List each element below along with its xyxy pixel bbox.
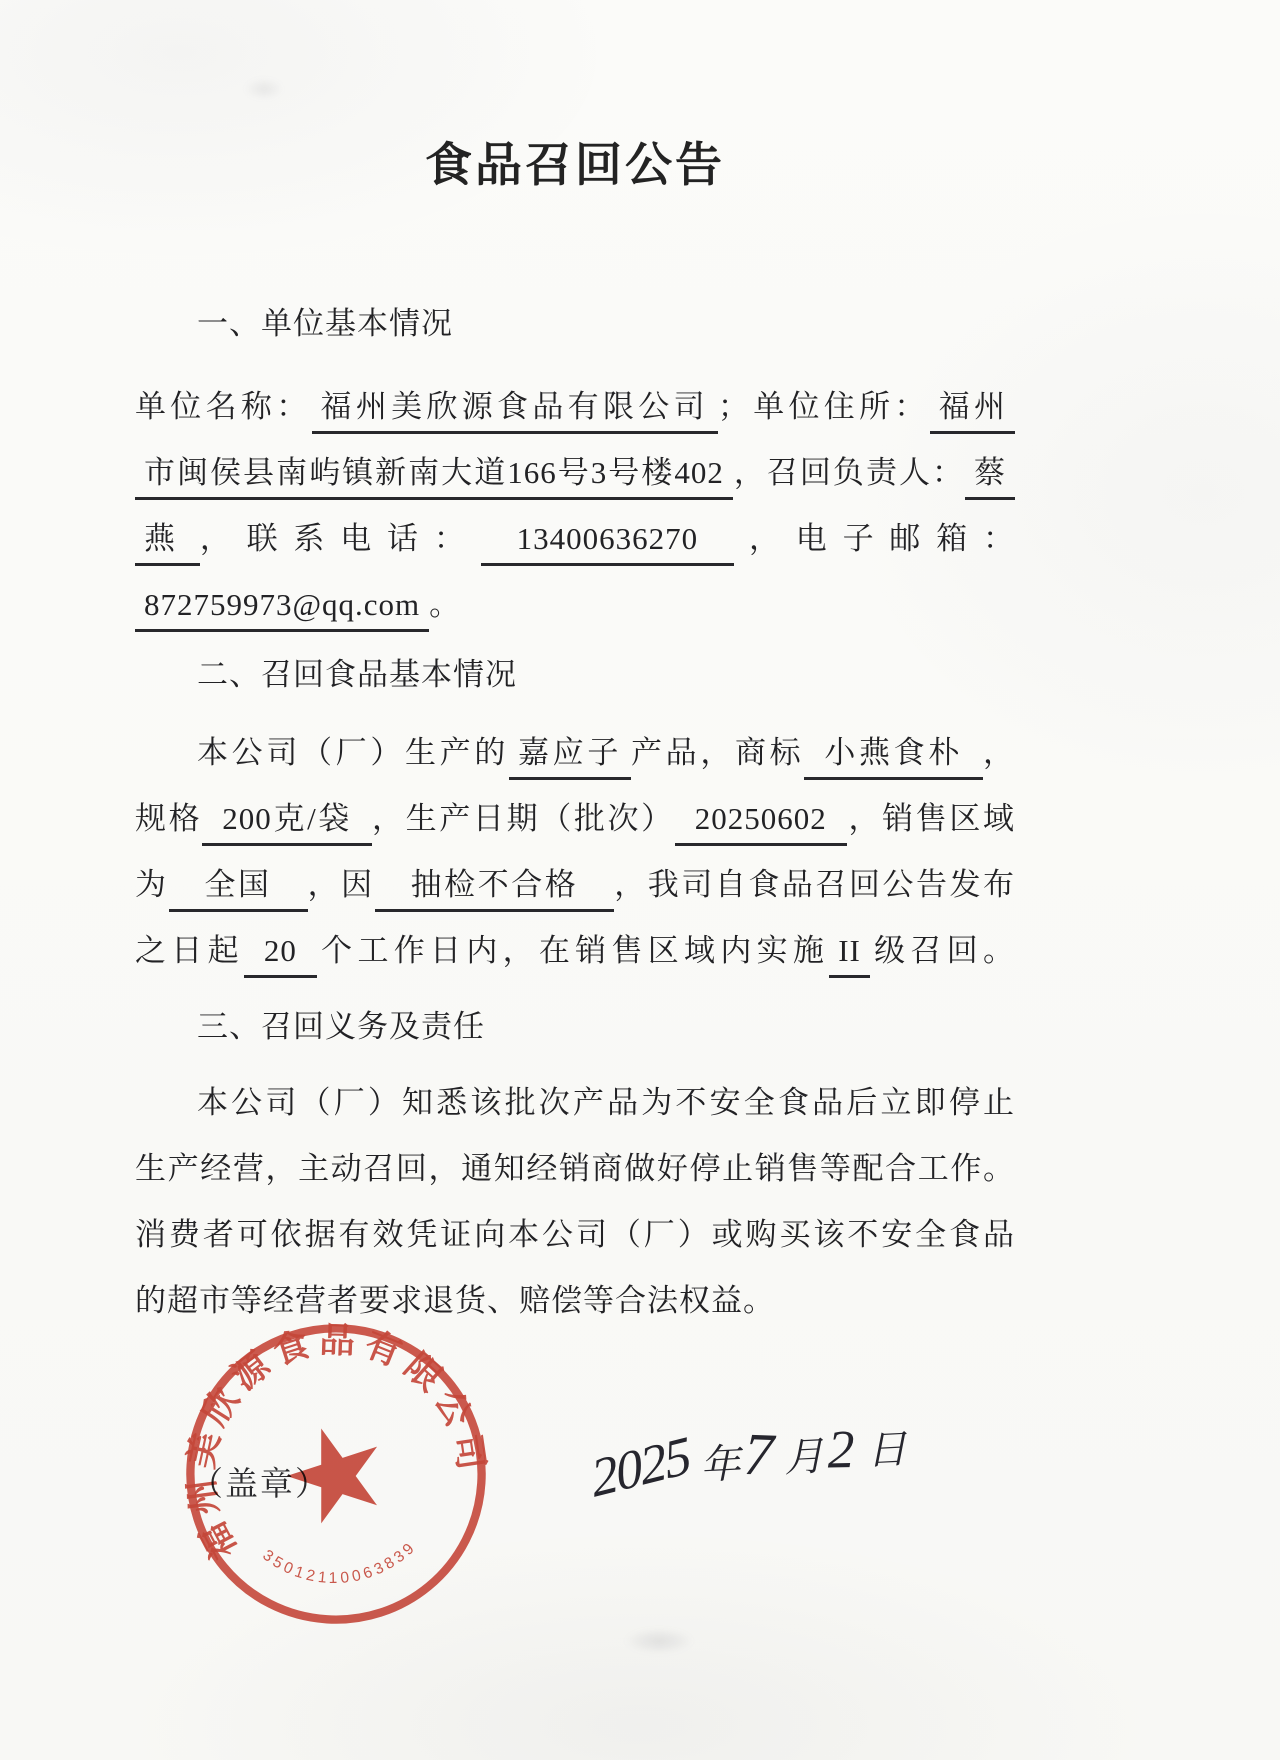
section2-line2: 规格200克/袋，生产日期（批次）20250602，销售区域 [135,786,1015,852]
value-phone: 13400636270 [481,521,735,566]
value-product-name: 嘉应子 [509,735,631,780]
scan-artifact [244,78,284,100]
date-day-label: 日 [865,1417,908,1476]
value-company-address-part1: 福州 [930,389,1015,434]
document-title: 食品召回公告 [135,135,1015,197]
label-recall-manager: ，召回负责人： [733,455,965,490]
date-year-label: 年 [699,1432,742,1491]
section3-line2: 生产经营，主动召回，通知经销商做好停止销售等配合工作。 [135,1136,1015,1202]
email-period: 。 [429,587,461,622]
label-phone: ，联系电话： [200,521,481,556]
label-region-prefix: 为 [135,867,169,902]
section1-line2: 市闽侯县南屿镇新南大道166号3号楼402，召回负责人：蔡 [135,440,1015,506]
svg-text:35012110063839: 35012110063839 [256,1503,424,1612]
section2-line4: 之日起20个工作日内，在销售区域内实施II级召回。 [135,918,1015,984]
comma-after-trademark: ， [983,735,1015,770]
value-batch: 20250602 [675,801,847,846]
date-year: 2025 [587,1424,693,1510]
section1-line1: 单位名称：福州美欣源食品有限公司；单位住所：福州 [135,374,1015,440]
text-from-date: 之日起 [135,933,244,968]
value-recall-manager-part1: 蔡 [965,455,1015,500]
value-recall-reason: 抽检不合格 [375,867,615,912]
section1-line3: 燕，联系电话：13400636270，电子邮箱： [135,506,1015,572]
section3-line3: 消费者可依据有效凭证向本公司（厂）或购买该不安全食品 [135,1202,1015,1268]
date-day: 2 [827,1418,855,1480]
value-recall-manager-part2: 燕 [135,521,200,566]
value-recall-level: II [829,933,870,978]
value-spec: 200克/袋 [202,801,372,846]
value-sales-region: 全国 [169,867,308,912]
text-announcement: ，我司自食品召回公告发布 [614,867,1015,902]
company-seal-stamp: 福州美欣源食品有限公司 35012110063839 [139,1277,532,1670]
label-sales-region: ，销售区域 [847,801,1015,836]
label-product: 本公司（厂）生产的 [197,735,509,770]
section2-line1: 本公司（厂）生产的嘉应子产品，商标小燕食朴， [135,720,1015,786]
text-level-recall: 级召回。 [870,933,1015,968]
document-body: 食品召回公告 一、单位基本情况 单位名称：福州美欣源食品有限公司；单位住所：福州… [135,135,1015,1334]
section3-line1: 本公司（厂）知悉该批次产品为不安全食品后立即停止 [135,1070,1015,1136]
label-spec: 规格 [135,801,202,836]
handwritten-date: 2025年7月2日 [587,1409,896,1555]
label-reason: ，因 [308,867,375,902]
label-trademark: 产品，商标 [631,735,804,770]
seal-registration-code: 35012110063839 [256,1503,424,1612]
section2-heading: 二、召回食品基本情况 [135,642,1015,708]
date-month-label: 月 [782,1425,825,1484]
value-company-name: 福州美欣源食品有限公司 [312,389,718,434]
label-company-address: ；单位住所： [718,389,930,424]
scanned-document-page: 食品召回公告 一、单位基本情况 单位名称：福州美欣源食品有限公司；单位住所：福州… [0,0,1280,1760]
text-implement: 个工作日内，在销售区域内实施 [317,933,829,968]
section2-line3: 为全国，因抽检不合格，我司自食品召回公告发布 [135,852,1015,918]
date-month: 7 [743,1420,775,1490]
section1-line4: 872759973@qq.com。 [135,572,1015,638]
scan-artifact [624,1628,694,1654]
value-workdays: 20 [244,933,317,978]
value-trademark: 小燕食朴 [804,735,983,780]
section1-heading: 一、单位基本情况 [135,291,1015,357]
label-email: ，电子邮箱： [734,521,1015,556]
star-icon [276,1414,394,1529]
label-company-name: 单位名称： [135,389,312,424]
value-email: 872759973@qq.com [135,587,429,632]
section3-heading: 三、召回义务及责任 [135,994,1015,1060]
section3-line4: 的超市等经营者要求退货、赔偿等合法权益。 [135,1268,1015,1334]
value-company-address-part2: 市闽侯县南屿镇新南大道166号3号楼402 [135,455,733,500]
label-batch: ，生产日期（批次） [372,801,675,836]
